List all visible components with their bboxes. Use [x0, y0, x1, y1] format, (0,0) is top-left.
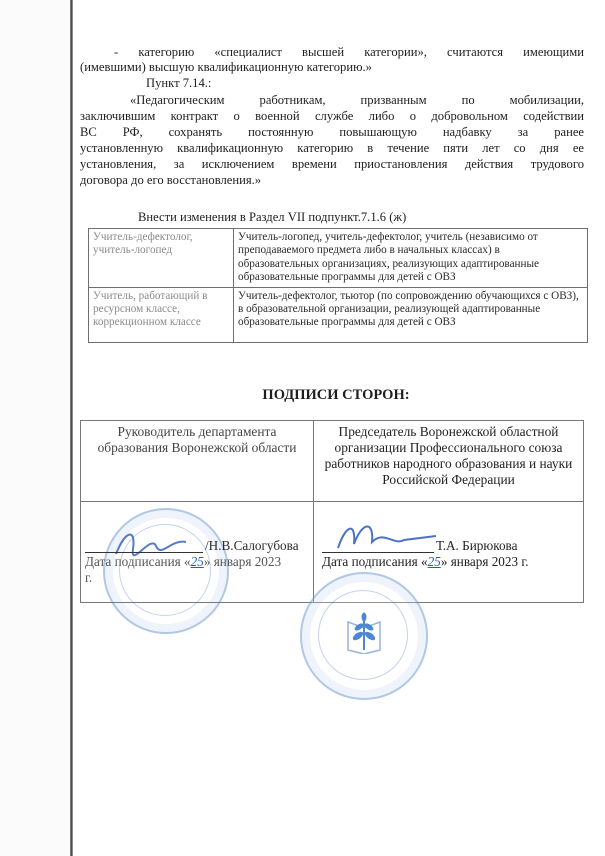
date-prefix: Дата подписания «	[322, 554, 428, 569]
table-row: Учитель-дефектолог, учитель-логопед Учит…	[89, 229, 588, 288]
date-suffix: » января 2023 г.	[441, 554, 529, 569]
right-signatory-name: Т.А. Бирюкова	[436, 538, 517, 554]
trade-union-seal-stamp	[300, 572, 428, 700]
para2-line1: «Педагогическим работникам, призванным п…	[130, 93, 584, 108]
book-sprout-emblem-icon	[344, 610, 384, 654]
point-label: Пункт 7.14.:	[146, 76, 211, 91]
para1-line2: (имевшими) высшую квалификационную катег…	[80, 60, 584, 75]
date-day: 25	[428, 554, 441, 569]
para2-line4: установленную квалификационную категорию…	[80, 141, 584, 156]
signatory-titles-row: Руководитель департамента образования Во…	[81, 421, 584, 502]
para2-line5: установления, за исключением времени при…	[80, 157, 584, 172]
para1-line1: - категорию «специалист высшей категории…	[114, 45, 584, 60]
signatures-table: Руководитель департамента образования Во…	[80, 420, 584, 603]
left-signatory-title: Руководитель департамента образования Во…	[81, 421, 314, 502]
left-signatory-name: /Н.В.Салогубова	[205, 538, 299, 554]
right-signatory-title: Председатель Воронежской областной орган…	[314, 421, 584, 502]
scan-left-margin	[0, 0, 72, 856]
amend-line: Внести изменения в Раздел VII подпункт.7…	[138, 210, 406, 225]
date-day: 25	[191, 554, 204, 569]
right-date-line: Дата подписания «25» января 2023 г.	[322, 554, 529, 570]
amend-table: Учитель-дефектолог, учитель-логопед Учит…	[88, 228, 588, 343]
date-suffix: » января 2023	[204, 554, 281, 569]
position-cell: Учитель, работающий в ресурсном классе, …	[89, 287, 234, 342]
equivalent-cell: Учитель-логопед, учитель-дефектолог, учи…	[234, 229, 588, 288]
signatures-heading: ПОДПИСИ СТОРОН:	[76, 387, 596, 404]
left-date-line: Дата подписания «25» января 2023	[85, 554, 281, 570]
date-prefix: Дата подписания «	[85, 554, 191, 569]
para2-line3: ВС РФ, сохранять постоянную повышающую н…	[80, 125, 584, 140]
right-handwritten-signature-icon	[332, 516, 442, 556]
left-date-tail: г.	[85, 570, 92, 586]
para2-line2: заключившим контракт о военной службе ли…	[80, 109, 584, 124]
equivalent-cell: Учитель-дефектолог, тьютор (по сопровожд…	[234, 287, 588, 342]
table-row: Учитель, работающий в ресурсном классе, …	[89, 287, 588, 342]
position-cell: Учитель-дефектолог, учитель-логопед	[89, 229, 234, 288]
para2-line6: договора до его восстановления.»	[80, 173, 261, 188]
page-fold-shadow	[70, 0, 73, 856]
right-signature-line	[322, 552, 434, 553]
document-page: - категорию «специалист высшей категории…	[76, 0, 596, 856]
left-signature-cell: /Н.В.Салогубова Дата подписания «25» янв…	[81, 502, 314, 603]
left-signature-line	[85, 552, 203, 553]
